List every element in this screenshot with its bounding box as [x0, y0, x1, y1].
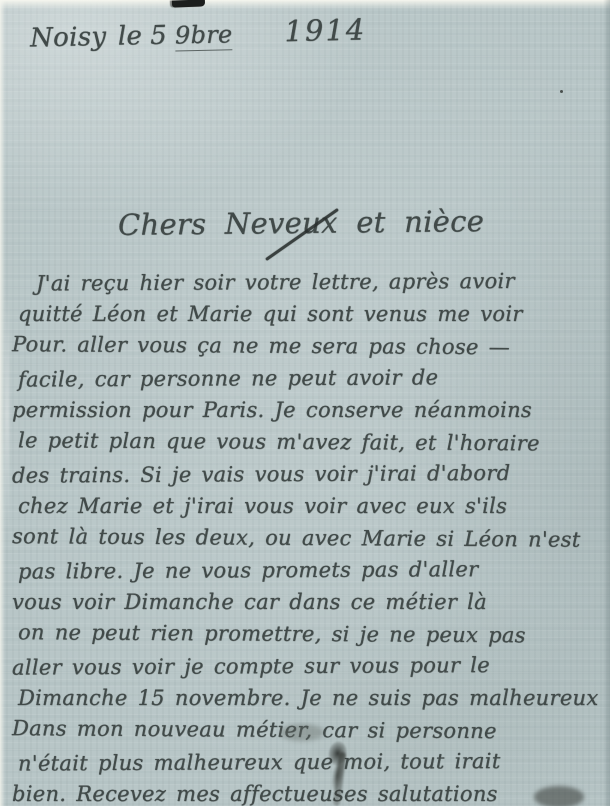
- letter-line: des trains. Si je vais vous voir j'irai …: [12, 456, 610, 491]
- dateline-place: Noisy le: [30, 21, 143, 53]
- dateline-year: 1914: [284, 12, 367, 48]
- letter-line: le petit plan que vous m'avez fait, et l…: [18, 424, 610, 460]
- letter-line: permission pour Paris. Je conserve néanm…: [12, 394, 610, 426]
- letter-scan: Noisy le59bre1914 Chers Neveux et nièce …: [0, 0, 610, 806]
- letter-line: sont là tous les deux, ou avec Marie si …: [12, 520, 610, 556]
- dateline: Noisy le59bre1914: [30, 12, 367, 53]
- paper-crease: [5, 290, 9, 540]
- letter-line: J'ai reçu hier soir votre lettre, après …: [36, 264, 610, 299]
- letter-line: facile, car personne ne peut avoir de: [18, 360, 610, 395]
- letter-line: n'était plus malheureux que moi, tout ir…: [18, 744, 610, 779]
- letter-line: pas libre. Je ne vous promets pas d'alle…: [18, 552, 610, 587]
- letter-line: quitté Léon et Marie qui sont venus me v…: [18, 298, 610, 330]
- letter-line: bien. Recevez mes affectueuses salutatio…: [12, 778, 610, 806]
- ink-smudge-metier: [280, 724, 324, 741]
- letter-line: aller vous voir je compte sur vous pour …: [12, 648, 610, 683]
- letter-line: vous voir Dimanche car dans ce métier là: [12, 586, 610, 618]
- letter-line: on ne peut rien promettre, si je ne peux…: [18, 616, 610, 652]
- scan-edge-top: [0, 0, 610, 9]
- dateline-month: 9bre: [175, 20, 233, 51]
- dateline-day: 5: [150, 21, 167, 51]
- letter-line: Dimanche 15 novembre. Je ne suis pas mal…: [18, 682, 610, 714]
- paper-speck: [560, 90, 563, 93]
- ink-mark-top-edge: [172, 0, 205, 8]
- ink-smudge-salutations: [534, 786, 584, 806]
- letter-line: chez Marie et j'irai vous voir avec eux …: [18, 490, 610, 522]
- letter-line: Pour. aller vous ça ne me sera pas chose…: [12, 328, 610, 364]
